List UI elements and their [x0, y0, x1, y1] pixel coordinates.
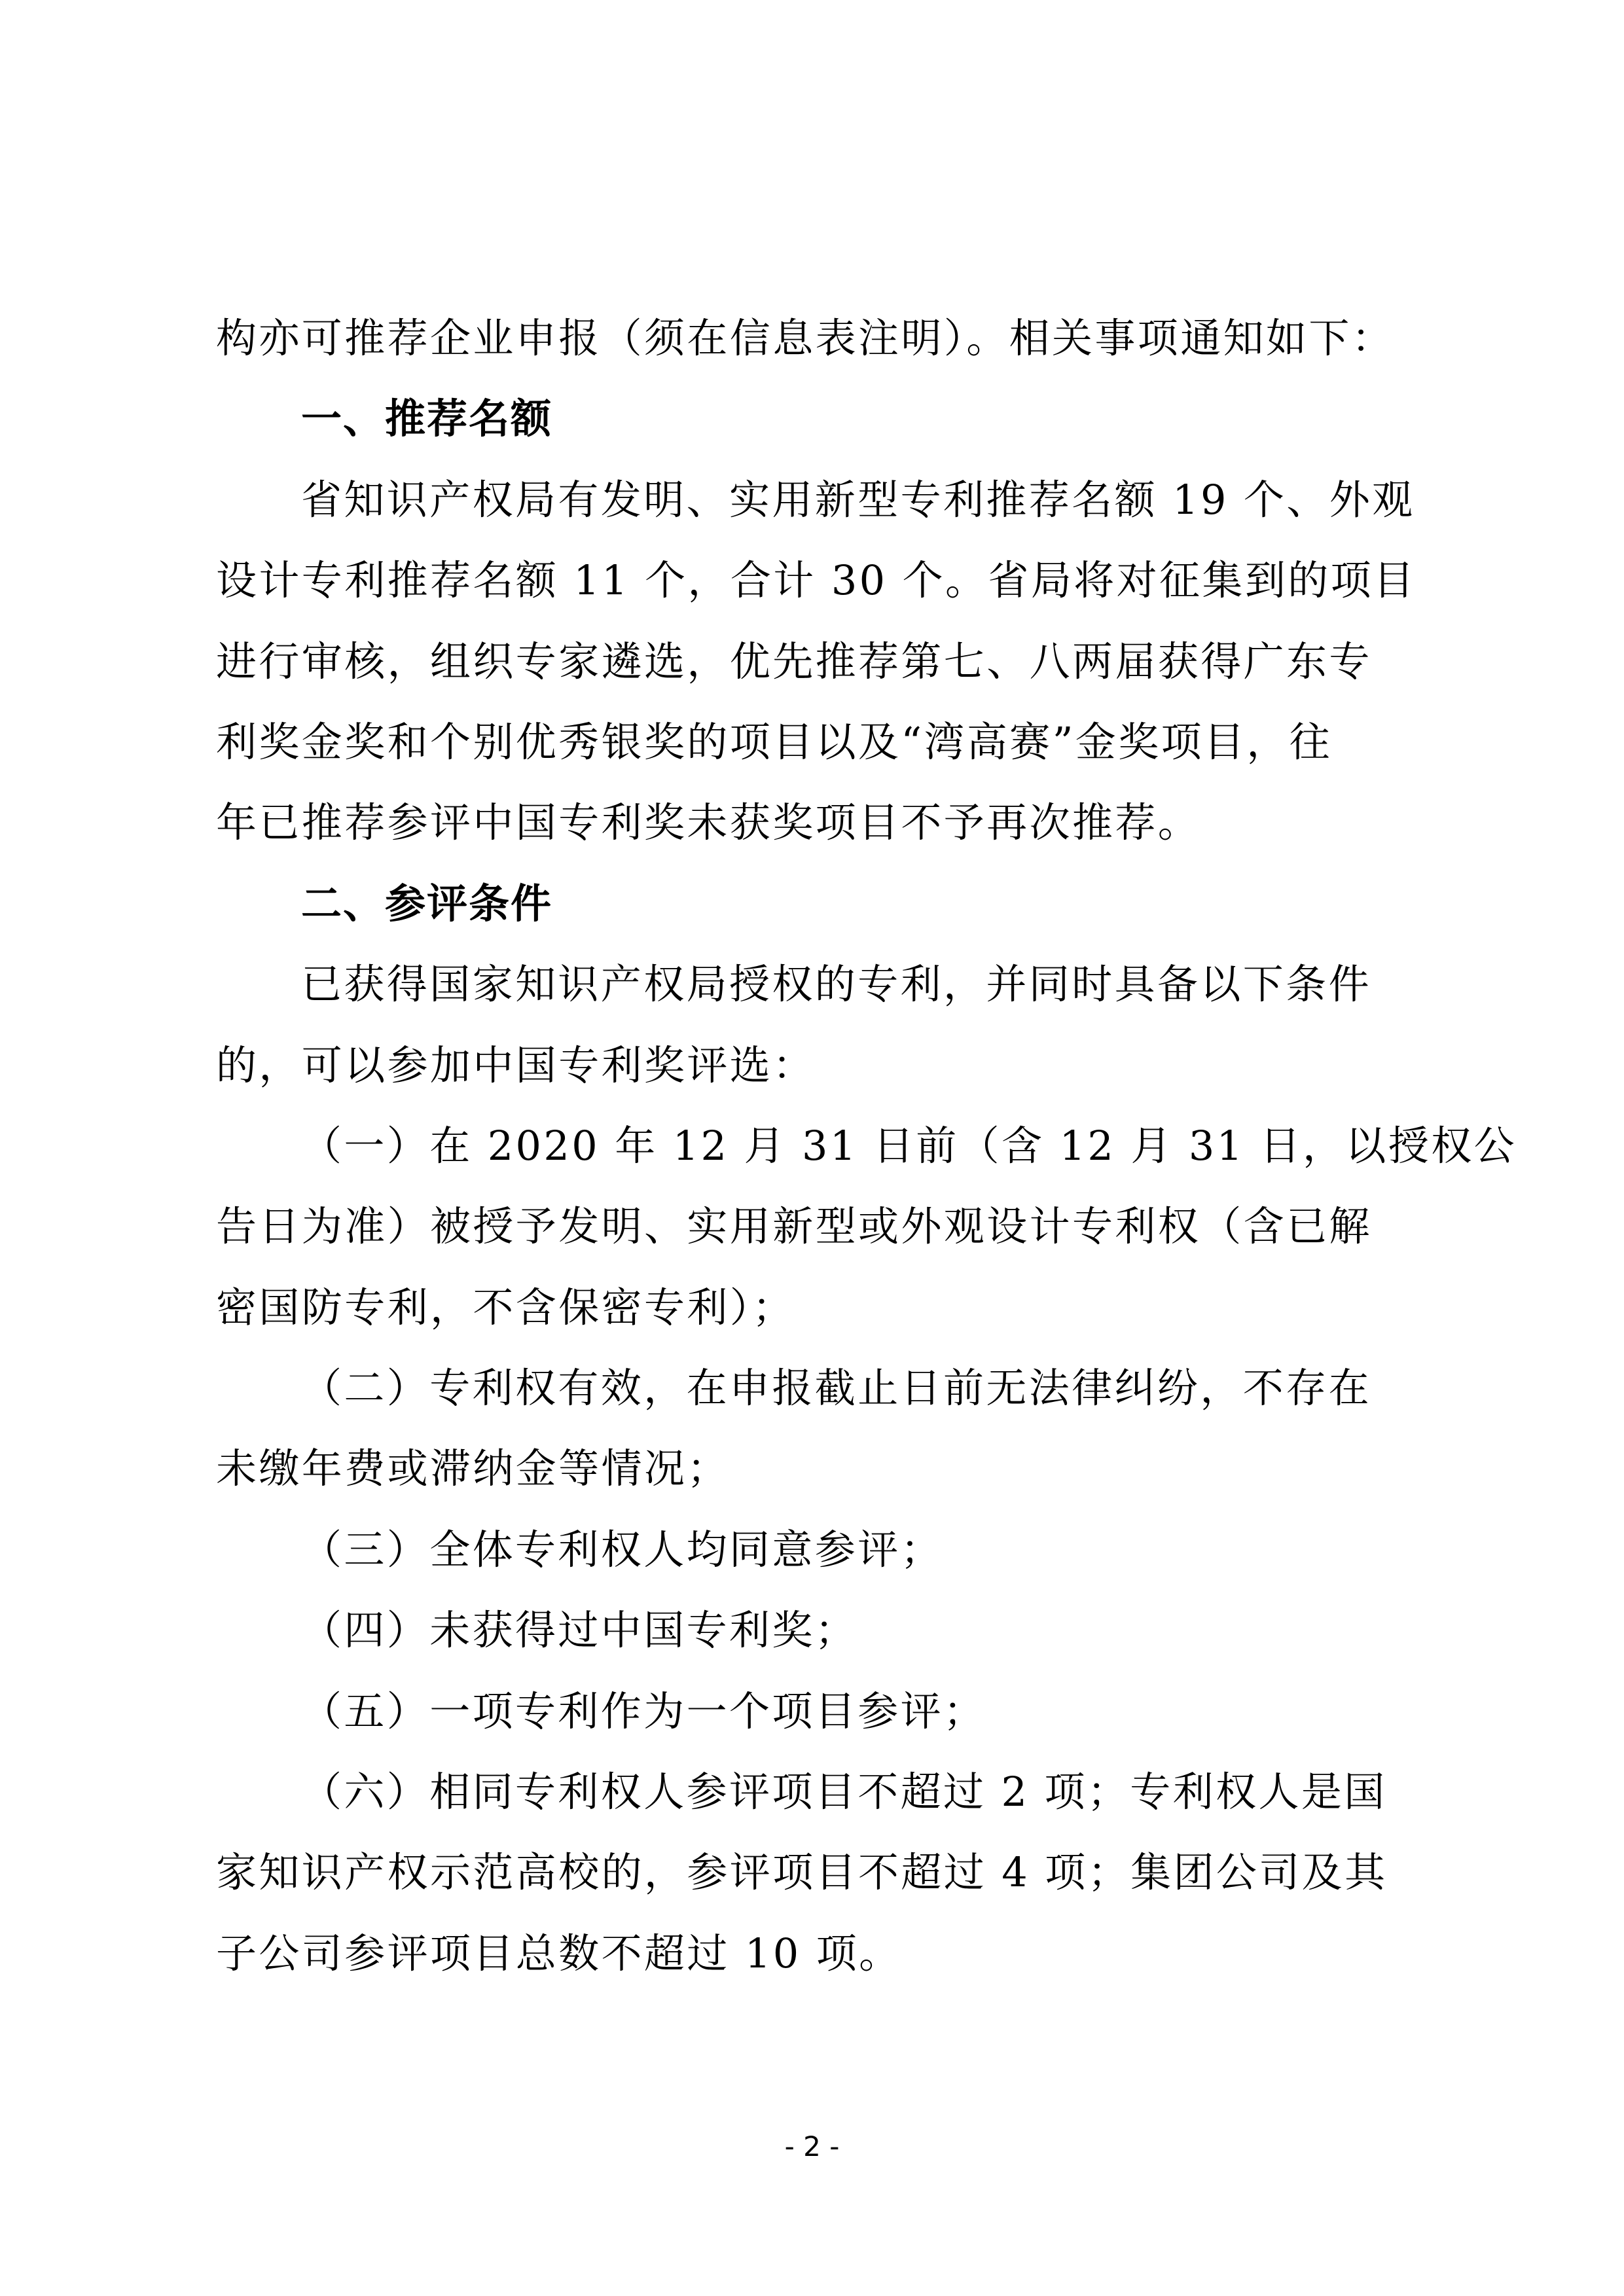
condition-item-5: （五）一项专利作为一个项目参评； [216, 1671, 1407, 1751]
condition-item-6-line: 家知识产权示范高校的，参评项目不超过 4 项；集团公司及其 [216, 1832, 1407, 1912]
section-heading-quota: 一、推荐名额 [216, 378, 1407, 459]
condition-item-1-line: 告日为准）被授予发明、实用新型或外观设计专利权（含已解 [216, 1186, 1407, 1266]
quota-paragraph-line: 进行审核，组织专家遴选，优先推荐第七、八两届获得广东专 [216, 621, 1407, 702]
condition-item-6-line: 子公司参评项目总数不超过 10 项。 [216, 1913, 1407, 1994]
conditions-intro-line: 的，可以参加中国专利奖评选： [216, 1025, 1407, 1105]
document-page: 构亦可推荐企业申报（须在信息表注明）。相关事项通知如下： 一、推荐名额 省知识产… [216, 298, 1407, 1994]
quota-paragraph-line: 利奖金奖和个别优秀银奖的项目以及“湾高赛”金奖项目，往 [216, 702, 1407, 782]
quota-paragraph-line: 设计专利推荐名额 11 个，合计 30 个。省局将对征集到的项目 [216, 540, 1407, 620]
section-heading-conditions: 二、参评条件 [216, 863, 1407, 944]
conditions-intro-line: 已获得国家知识产权局授权的专利，并同时具备以下条件 [216, 944, 1407, 1024]
condition-item-1-line: 密国防专利，不含保密专利）； [216, 1267, 1407, 1348]
quota-paragraph-line: 省知识产权局有发明、实用新型专利推荐名额 19 个、外观 [216, 459, 1407, 540]
condition-item-4: （四）未获得过中国专利奖； [216, 1590, 1407, 1670]
condition-item-2-line: 未缴年费或滞纳金等情况； [216, 1428, 1407, 1509]
condition-item-1: （一）在 2020 年 12 月 31 日前（含 12 月 31 日，以授权公 [216, 1105, 1407, 1186]
quota-paragraph-line: 年已推荐参评中国专利奖未获奖项目不予再次推荐。 [216, 782, 1407, 863]
page-number: - 2 - [0, 2130, 1624, 2162]
body-line-continuation: 构亦可推荐企业申报（须在信息表注明）。相关事项通知如下： [216, 298, 1407, 378]
condition-item-6: （六）相同专利权人参评项目不超过 2 项；专利权人是国 [216, 1751, 1407, 1832]
condition-item-3: （三）全体专利权人均同意参评； [216, 1509, 1407, 1590]
condition-item-2: （二）专利权有效，在申报截止日前无法律纠纷，不存在 [216, 1348, 1407, 1428]
